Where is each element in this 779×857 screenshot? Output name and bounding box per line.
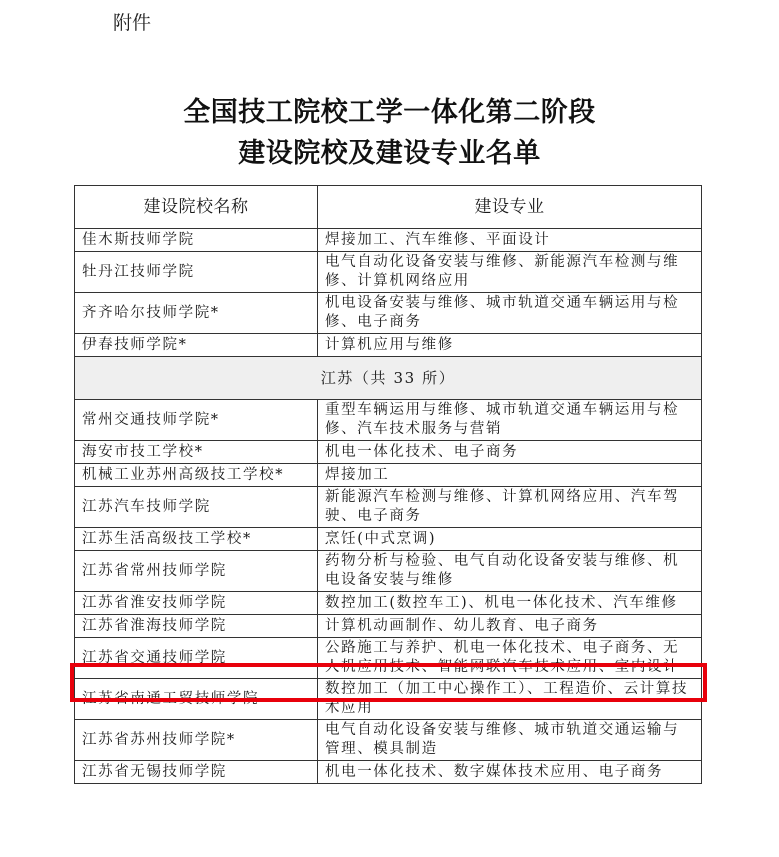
- school-name-cell: 海安市技工学校*: [75, 441, 318, 464]
- school-name-cell: 江苏省无锡技师学院: [75, 761, 318, 784]
- majors-cell: 计算机应用与维修: [318, 334, 702, 357]
- table-row: 江苏省淮安技师学院 数控加工(数控车工)、机电一体化技术、汽车维修: [75, 592, 702, 615]
- majors-cell: 数控加工（加工中心操作工）、工程造价、云计算技术应用: [318, 679, 702, 720]
- province-section-label: 江苏（共 33 所）: [75, 357, 702, 400]
- province-section-row: 江苏（共 33 所）: [75, 357, 702, 400]
- majors-cell: 机电一体化技术、数字媒体技术应用、电子商务: [318, 761, 702, 784]
- majors-cell: 焊接加工: [318, 464, 702, 487]
- table-row: 江苏省交通技师学院 公路施工与养护、机电一体化技术、电子商务、无人机应用技术、智…: [75, 638, 702, 679]
- table-row: 常州交通技师学院* 重型车辆运用与维修、城市轨道交通车辆运用与检修、汽车技术服务…: [75, 400, 702, 441]
- table-row: 海安市技工学校* 机电一体化技术、电子商务: [75, 441, 702, 464]
- school-name-cell: 江苏省淮海技师学院: [75, 615, 318, 638]
- table-row: 江苏省南通工贸技师学院 数控加工（加工中心操作工）、工程造价、云计算技术应用: [75, 679, 702, 720]
- school-name-cell: 佳木斯技师学院: [75, 229, 318, 252]
- table-row: 江苏生活高级技工学校* 烹饪(中式烹调): [75, 528, 702, 551]
- school-name-cell: 江苏省苏州技师学院*: [75, 720, 318, 761]
- majors-cell: 焊接加工、汽车维修、平面设计: [318, 229, 702, 252]
- school-name-cell: 江苏省淮安技师学院: [75, 592, 318, 615]
- majors-cell: 电气自动化设备安装与维修、新能源汽车检测与维修、计算机网络应用: [318, 252, 702, 293]
- table-row: 佳木斯技师学院 焊接加工、汽车维修、平面设计: [75, 229, 702, 252]
- table-row: 牡丹江技师学院 电气自动化设备安装与维修、新能源汽车检测与维修、计算机网络应用: [75, 252, 702, 293]
- highlighted-table-row: 江苏省淮海技师学院 计算机动画制作、幼儿教育、电子商务: [75, 615, 702, 638]
- table-row: 江苏省无锡技师学院 机电一体化技术、数字媒体技术应用、电子商务: [75, 761, 702, 784]
- document-title-line-2: 建设院校及建设专业名单: [0, 131, 779, 170]
- school-name-cell: 齐齐哈尔技师学院*: [75, 293, 318, 334]
- attachment-label: 附件: [113, 8, 151, 35]
- school-name-cell: 江苏省南通工贸技师学院: [75, 679, 318, 720]
- school-name-cell: 常州交通技师学院*: [75, 400, 318, 441]
- majors-cell: 计算机动画制作、幼儿教育、电子商务: [318, 615, 702, 638]
- school-name-cell: 伊春技师学院*: [75, 334, 318, 357]
- school-name-cell: 机械工业苏州高级技工学校*: [75, 464, 318, 487]
- table-row: 江苏省苏州技师学院* 电气自动化设备安装与维修、城市轨道交通运输与管理、模具制造: [75, 720, 702, 761]
- header-school-name: 建设院校名称: [75, 186, 318, 229]
- majors-cell: 烹饪(中式烹调): [318, 528, 702, 551]
- document-title-line-1: 全国技工院校工学一体化第二阶段: [0, 90, 779, 129]
- school-name-cell: 江苏生活高级技工学校*: [75, 528, 318, 551]
- school-majors-table: 建设院校名称 建设专业 佳木斯技师学院 焊接加工、汽车维修、平面设计 牡丹江技师…: [74, 185, 702, 784]
- majors-cell: 公路施工与养护、机电一体化技术、电子商务、无人机应用技术、智能网联汽车技术应用、…: [318, 638, 702, 679]
- table-row: 机械工业苏州高级技工学校* 焊接加工: [75, 464, 702, 487]
- majors-cell: 机电设备安装与维修、城市轨道交通车辆运用与检修、电子商务: [318, 293, 702, 334]
- table-row: 齐齐哈尔技师学院* 机电设备安装与维修、城市轨道交通车辆运用与检修、电子商务: [75, 293, 702, 334]
- table-header-row: 建设院校名称 建设专业: [75, 186, 702, 229]
- header-majors: 建设专业: [318, 186, 702, 229]
- majors-cell: 药物分析与检验、电气自动化设备安装与维修、机电设备安装与维修: [318, 551, 702, 592]
- majors-cell: 数控加工(数控车工)、机电一体化技术、汽车维修: [318, 592, 702, 615]
- table-row: 江苏省常州技师学院 药物分析与检验、电气自动化设备安装与维修、机电设备安装与维修: [75, 551, 702, 592]
- school-name-cell: 牡丹江技师学院: [75, 252, 318, 293]
- majors-cell: 重型车辆运用与维修、城市轨道交通车辆运用与检修、汽车技术服务与营销: [318, 400, 702, 441]
- table-row: 伊春技师学院* 计算机应用与维修: [75, 334, 702, 357]
- majors-cell: 新能源汽车检测与维修、计算机网络应用、汽车驾驶、电子商务: [318, 487, 702, 528]
- table-row: 江苏汽车技师学院 新能源汽车检测与维修、计算机网络应用、汽车驾驶、电子商务: [75, 487, 702, 528]
- school-name-cell: 江苏省常州技师学院: [75, 551, 318, 592]
- school-name-cell: 江苏汽车技师学院: [75, 487, 318, 528]
- majors-cell: 机电一体化技术、电子商务: [318, 441, 702, 464]
- majors-cell: 电气自动化设备安装与维修、城市轨道交通运输与管理、模具制造: [318, 720, 702, 761]
- school-name-cell: 江苏省交通技师学院: [75, 638, 318, 679]
